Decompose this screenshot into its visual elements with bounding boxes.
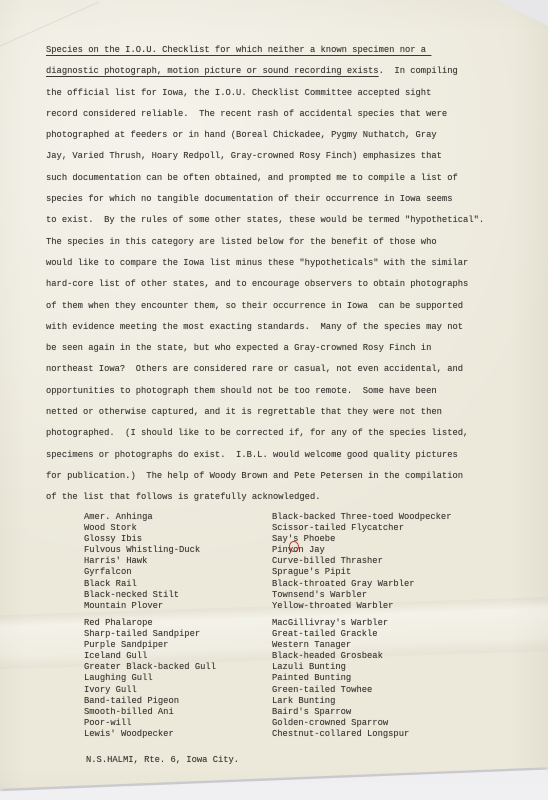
doc-title-underlined-text: Species on the I.O.U. Checklist for whic… bbox=[46, 45, 431, 55]
species-item: Black-backed Three-toed Woodpecker bbox=[272, 512, 452, 523]
species-list-group2-right: MacGillivray's WarblerGreat-tailed Grack… bbox=[272, 618, 409, 740]
paragraph-line: photographed. (I should like to be corre… bbox=[46, 423, 484, 444]
species-item: Band-tailed Pigeon bbox=[84, 696, 216, 707]
species-list-group2-left: Red PhalaropeSharp-tailed SandpiperPurpl… bbox=[84, 618, 216, 740]
species-item: Glossy Ibis bbox=[84, 534, 200, 545]
species-item: Townsend's Warbler bbox=[272, 590, 452, 601]
species-item: Harris' Hawk bbox=[84, 556, 200, 567]
species-item: Lewis' Woodpecker bbox=[84, 729, 216, 740]
species-item: Black-throated Gray Warbler bbox=[272, 579, 452, 590]
paragraph-line: for publication.) The help of Woody Brow… bbox=[46, 466, 484, 487]
paragraph-line: northeast Iowa? Others are considered ra… bbox=[46, 359, 484, 380]
species-item: Golden-crowned Sparrow bbox=[272, 718, 409, 729]
species-item: Black-headed Grosbeak bbox=[272, 651, 409, 662]
paragraph-line: of the list that follows is gratefully a… bbox=[46, 487, 484, 508]
species-list-group1-left: Amer. AnhingaWood StorkGlossy IbisFulvou… bbox=[84, 512, 200, 612]
species-item: Greater Black-backed Gull bbox=[84, 662, 216, 673]
paragraph-line: with evidence meeting the most exacting … bbox=[46, 317, 484, 338]
author-address-line: N.S.HALMI, Rte. 6, Iowa City. bbox=[86, 755, 239, 765]
species-list-group1-right: Black-backed Three-toed WoodpeckerScisso… bbox=[272, 512, 452, 612]
scan-background: Species on the I.O.U. Checklist for whic… bbox=[0, 0, 548, 800]
paragraph-line: record considered reliable. The recent r… bbox=[46, 104, 484, 125]
paragraph-line: would like to compare the Iowa list minu… bbox=[46, 253, 484, 274]
species-item: Gyrfalcon bbox=[84, 567, 200, 578]
species-item: Amer. Anhinga bbox=[84, 512, 200, 523]
doc-title-line-1: Species on the I.O.U. Checklist for whic… bbox=[46, 40, 484, 61]
intro-paragraph: the official list for Iowa, the I.O.U. C… bbox=[46, 83, 484, 509]
paragraph-line: hard-core list of other states, and to e… bbox=[46, 274, 484, 295]
species-item: Wood Stork bbox=[84, 523, 200, 534]
paragraph-line: to exist. By the rules of some other sta… bbox=[46, 210, 484, 231]
species-item: Green-tailed Towhee bbox=[272, 685, 409, 696]
paragraph-line: be seen again in the state, but who expe… bbox=[46, 338, 484, 359]
species-item: Curve-billed Thrasher bbox=[272, 556, 452, 567]
paragraph-line: species for which no tangible documentat… bbox=[46, 189, 484, 210]
paragraph-line: of them when they encounter them, so the… bbox=[46, 296, 484, 317]
species-item: Smooth-billed Ani bbox=[84, 707, 216, 718]
species-item: Poor-will bbox=[84, 718, 216, 729]
species-item: Iceland Gull bbox=[84, 651, 216, 662]
species-item: Baird's Sparrow bbox=[272, 707, 409, 718]
doc-title-line-2: diagnostic photograph, motion picture or… bbox=[46, 61, 484, 82]
paragraph-line: Jay, Varied Thrush, Hoary Redpoll, Gray-… bbox=[46, 146, 484, 167]
paragraph-line: such documentation can be often obtained… bbox=[46, 168, 484, 189]
paragraph-line: The species in this category are listed … bbox=[46, 232, 484, 253]
doc-title-underlined-text: diagnostic photograph, motion picture or… bbox=[46, 66, 379, 76]
species-item: Laughing Gull bbox=[84, 673, 216, 684]
document-body: Species on the I.O.U. Checklist for whic… bbox=[46, 40, 484, 509]
doc-title-continuation-text: . In compiling bbox=[379, 66, 458, 76]
paragraph-line: opportunities to photograph them should … bbox=[46, 381, 484, 402]
paragraph-line: the official list for Iowa, the I.O.U. C… bbox=[46, 83, 484, 104]
species-item: Painted Bunting bbox=[272, 673, 409, 684]
species-item: Lazuli Bunting bbox=[272, 662, 409, 673]
species-item: Fulvous Whistling-Duck bbox=[84, 545, 200, 556]
paragraph-line: netted or otherwise captured, and it is … bbox=[46, 402, 484, 423]
species-item: Sharp-tailed Sandpiper bbox=[84, 629, 216, 640]
species-item: Purple Sandpiper bbox=[84, 640, 216, 651]
species-item: Western Tanager bbox=[272, 640, 409, 651]
species-item: Yellow-throated Warbler bbox=[272, 601, 452, 612]
species-item: Great-tailed Grackle bbox=[272, 629, 409, 640]
species-item: Ivory Gull bbox=[84, 685, 216, 696]
paragraph-line: specimens or photographs do exist. I.B.L… bbox=[46, 445, 484, 466]
species-item: Chestnut-collared Longspur bbox=[272, 729, 409, 740]
species-item: Say's Phoebe bbox=[272, 534, 452, 545]
paragraph-line: photographed at feeders or in hand (Bore… bbox=[46, 125, 484, 146]
species-item: Black Rail bbox=[84, 579, 200, 590]
species-item: Scissor-tailed Flycatcher bbox=[272, 523, 452, 534]
species-item: Mountain Plover bbox=[84, 601, 200, 612]
species-item: MacGillivray's Warbler bbox=[272, 618, 409, 629]
species-item: Red Phalarope bbox=[84, 618, 216, 629]
species-item: Black-necked Stilt bbox=[84, 590, 200, 601]
species-item: Lark Bunting bbox=[272, 696, 409, 707]
species-item: Sprague's Pipit bbox=[272, 567, 452, 578]
document-paper: Species on the I.O.U. Checklist for whic… bbox=[0, 0, 548, 800]
